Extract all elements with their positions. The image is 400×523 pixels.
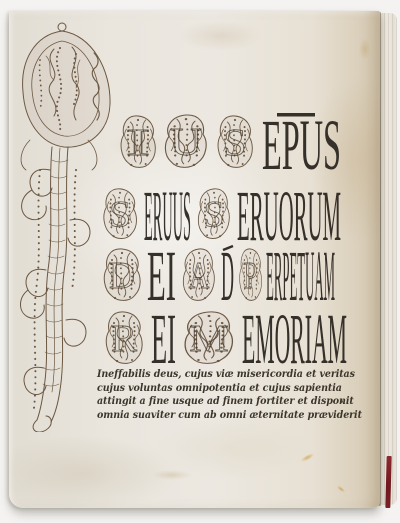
text-line: omnia suaviter cum ab omni æternitate pr… xyxy=(97,409,344,423)
book-fore-edge xyxy=(380,13,397,505)
ornate-letter: I xyxy=(117,113,159,171)
ornate-letter: S xyxy=(100,186,140,242)
display-caps-erpetuam: ERPETUAM xyxy=(266,245,336,305)
svg-text:EMORIAM: EMORIAM xyxy=(242,299,347,379)
ornate-letter: A xyxy=(180,246,218,304)
text-line: Ineffabilis deus, cujus viæ misericordia… xyxy=(97,368,344,382)
display-caps-emoriam: EMORIAM xyxy=(242,308,348,368)
svg-text:S: S xyxy=(109,194,131,235)
ornate-letter: P xyxy=(237,246,264,304)
svg-text:I: I xyxy=(126,122,151,164)
display-caps-epus: EPUS xyxy=(262,112,342,174)
svg-text:D: D xyxy=(109,255,135,297)
ornate-letter: U xyxy=(161,112,211,171)
gothic-text-block: Ineffabilis deus, cujus viæ misericordia… xyxy=(97,368,357,422)
stain xyxy=(152,470,192,480)
svg-text:A: A xyxy=(189,254,210,297)
stain xyxy=(359,38,371,60)
display-caps-ei: EI xyxy=(147,245,177,305)
svg-text:S: S xyxy=(224,122,247,164)
text-line: attingit a fine usque ad finem fortiter … xyxy=(97,395,344,409)
ornate-letter: S xyxy=(195,186,233,242)
text-line: cujus voluntas omnipotentia et cujus sap… xyxy=(97,382,344,396)
svg-text:U: U xyxy=(170,120,202,163)
ornate-letter: D xyxy=(100,246,144,304)
svg-text:R: R xyxy=(111,318,138,360)
svg-text:S: S xyxy=(204,194,225,235)
svg-text:EI: EI xyxy=(151,299,176,379)
svg-text:EPUS: EPUS xyxy=(262,105,341,185)
ornate-letter: R xyxy=(102,309,146,367)
ornate-letter: S xyxy=(214,113,256,171)
ornate-letter: M xyxy=(180,309,238,367)
svg-text:D: D xyxy=(221,236,234,316)
svg-text:P: P xyxy=(244,254,258,296)
manuscript-photo: I U S EPUS S ERUUS S ERUORUM D EI A D xyxy=(0,0,400,523)
display-caps-d: D xyxy=(221,245,235,305)
display-caps-ei: EI xyxy=(151,308,177,368)
svg-text:M: M xyxy=(189,317,229,360)
